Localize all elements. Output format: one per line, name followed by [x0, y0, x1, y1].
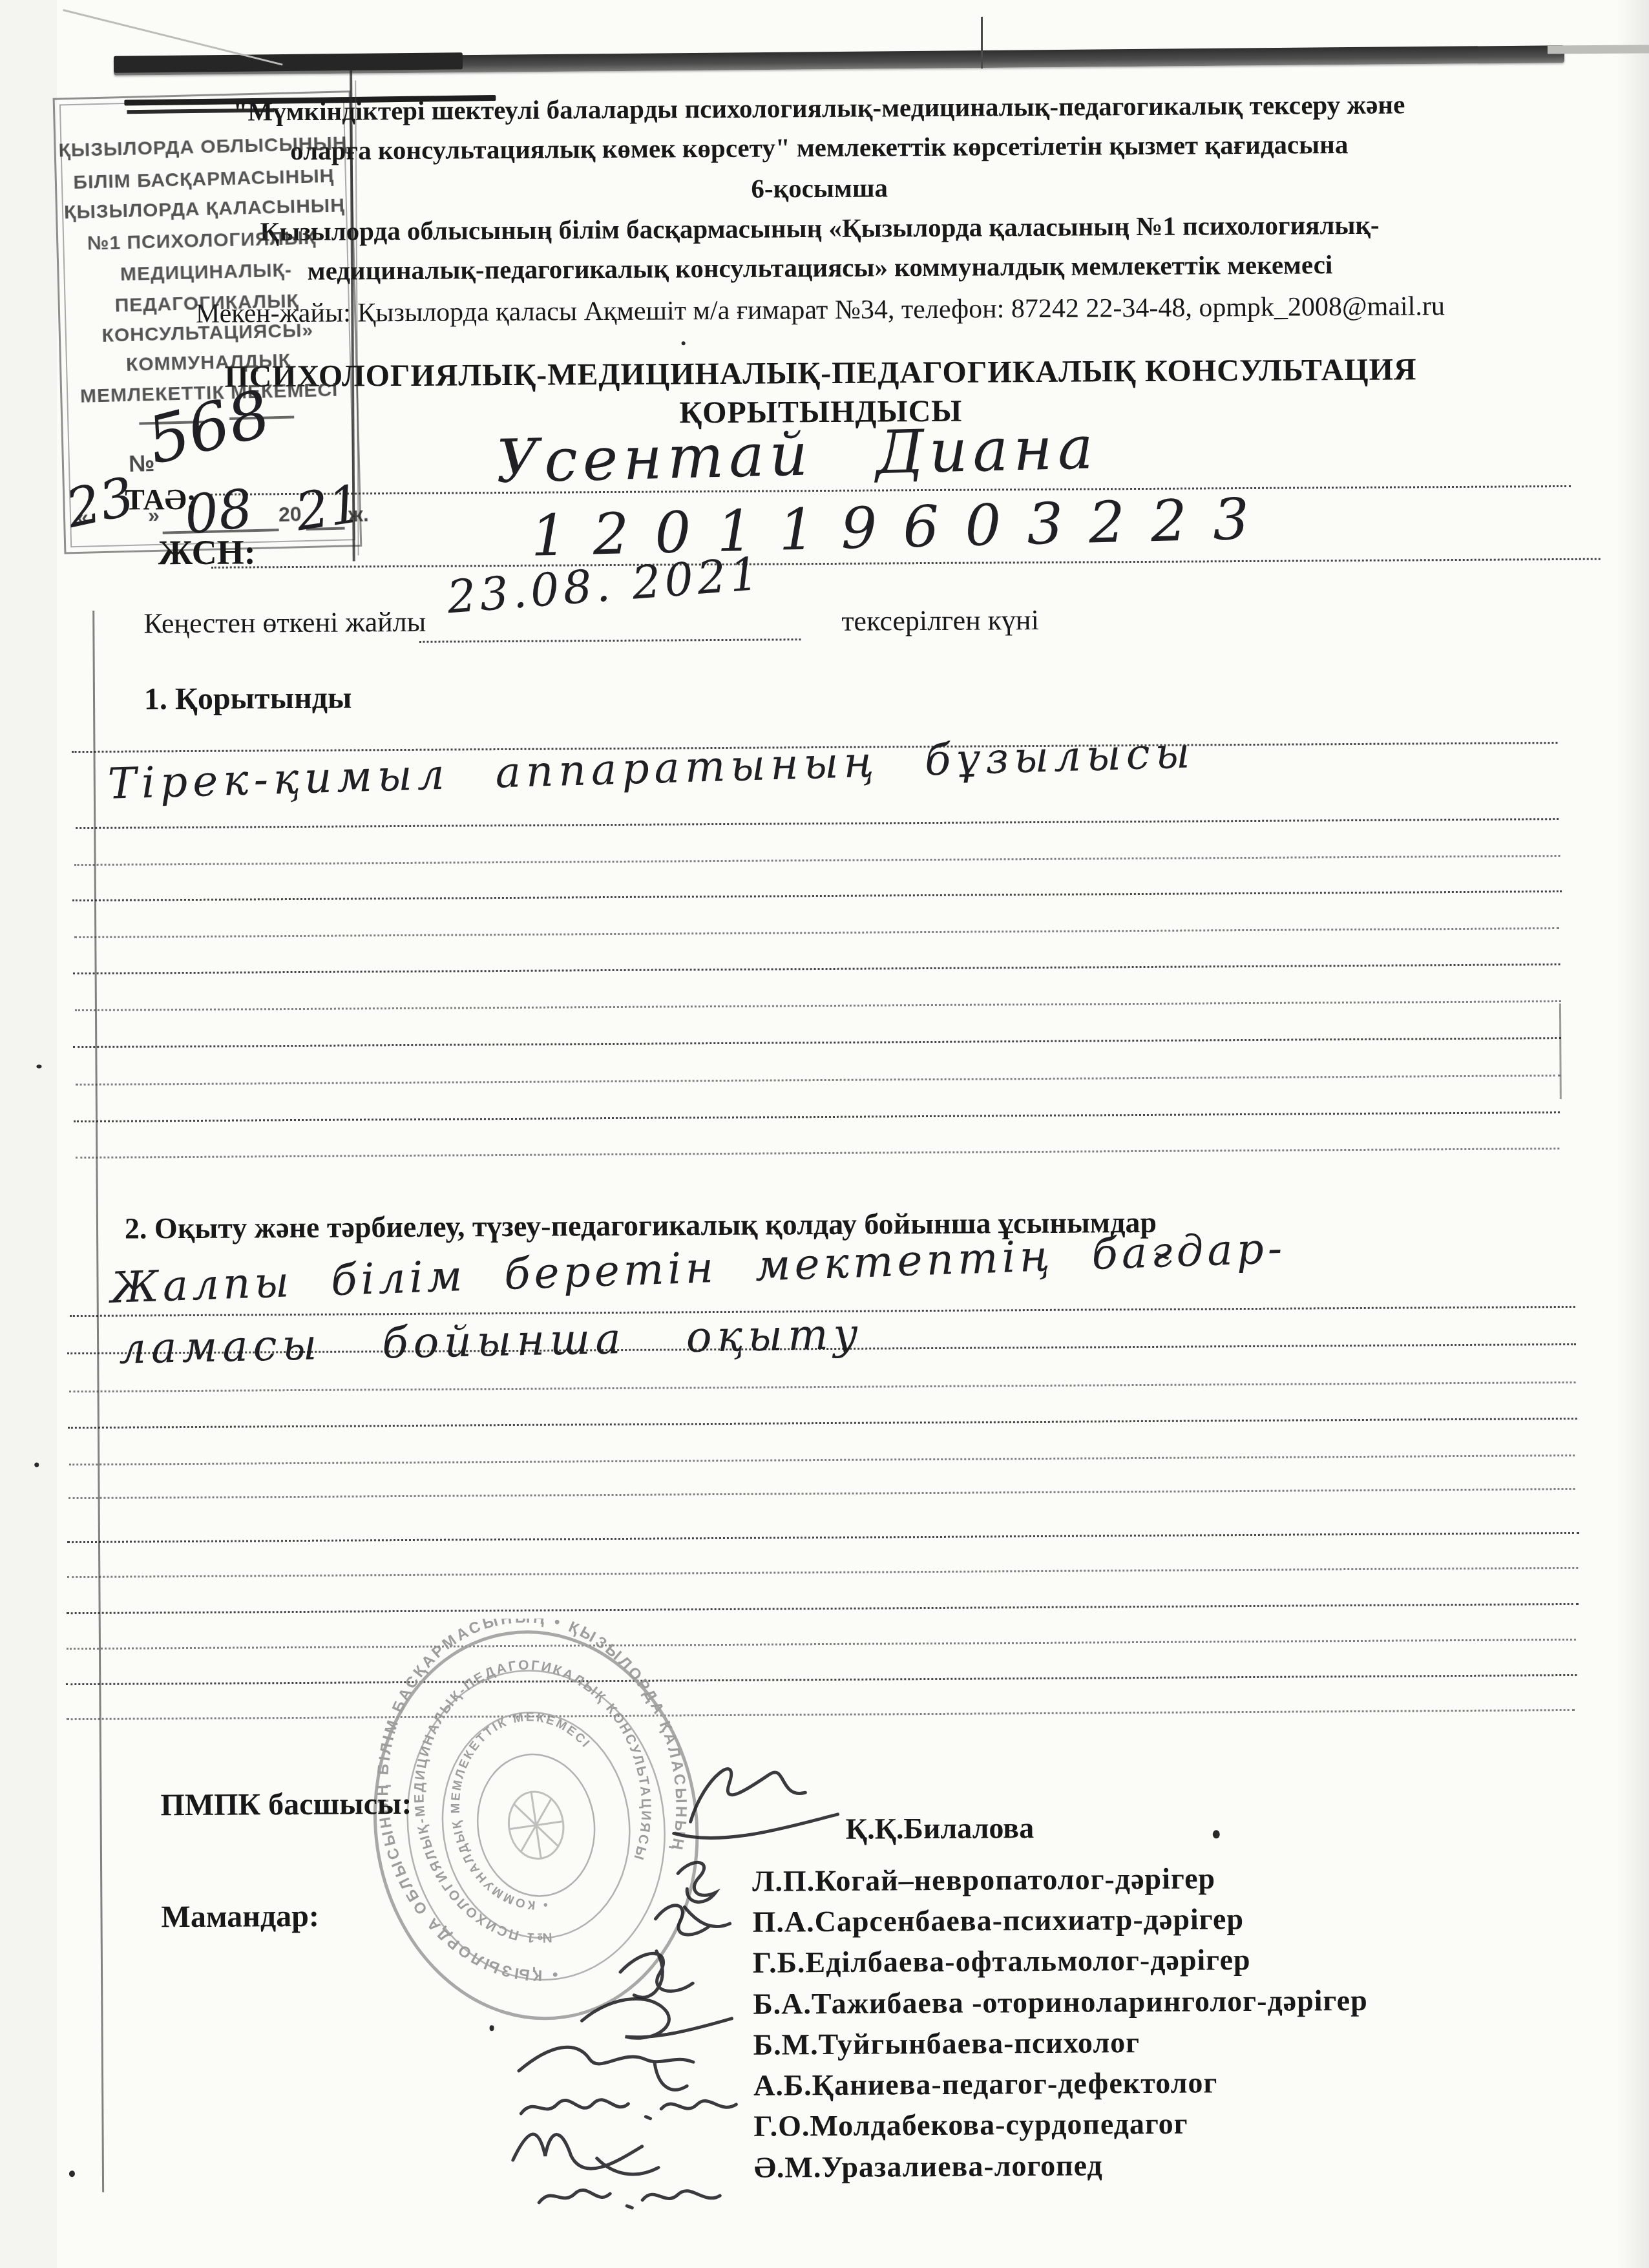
signature-stroke: [539, 2189, 720, 2209]
specialist-signatures: [458, 1842, 771, 2219]
stamp-line: ҚЫЗЫЛОРДА ҚАЛАСЫНЫҢ: [58, 194, 352, 224]
specialist-name: Б.М.Туйгынбаева-психолог: [753, 2025, 1140, 2062]
stamp-line: БІЛІМ БАСҚАРМАСЫНЫҢ: [57, 165, 352, 194]
ruled-line: [68, 1488, 1575, 1499]
ruled-line: [419, 638, 801, 643]
stamp-number-label: №: [128, 450, 154, 478]
specialist-name: А.Б.Қаниева-педагог-дефектолог: [753, 2065, 1217, 2102]
specialists-list: Л.П.Когай–невропатолог-дәрігер П.А.Сарсе…: [0, 0, 1643, 5]
stamp-line: МЕДИЦИНАЛЫҚ-: [59, 258, 353, 288]
consult-date-handwritten: 23.08. 2021: [445, 547, 764, 624]
ruled-line: [73, 1037, 1561, 1048]
ruled-line: [67, 1532, 1579, 1543]
signature-stroke: [521, 2099, 736, 2119]
ruled-line: [67, 1567, 1578, 1578]
head-name: Қ.Қ.Билалова: [846, 1811, 1035, 1846]
ink-speck: [682, 341, 686, 345]
ruled-line: [72, 890, 1562, 901]
ruled-line: [73, 963, 1560, 974]
specialist-name: Г.Б.Еділбаева-офтальмолог-дәрігер: [753, 1942, 1251, 1980]
specialist-name: Б.А.Тажибаева -оториноларинголог-дәрігер: [753, 1983, 1368, 2021]
ruled-line: [68, 1418, 1577, 1429]
section1-heading: 1. Қорытынды: [144, 680, 352, 717]
ruled-line: [74, 1111, 1560, 1122]
head-label: ПМПК басшысы:: [160, 1786, 412, 1823]
ink-speck: [36, 1064, 41, 1068]
specialist-name: П.А.Сарсенбаева-психиатр-дәрігер: [752, 1902, 1244, 1939]
stamp-line: №1 ПСИХОЛОГИЯЛЫҚ-: [58, 226, 353, 256]
ruled-line: [69, 1454, 1575, 1465]
stamp-line: КОММУНАЛДЫҚ: [61, 348, 356, 378]
ink-speck: [34, 1462, 39, 1467]
specialist-name: Г.О.Молдабекова-сурдопедагог: [753, 2106, 1188, 2143]
ruled-line: [76, 1075, 1560, 1086]
specialists-label: Мамандар:: [161, 1898, 319, 1935]
checked-date-label: тексерілген күні: [841, 604, 1039, 638]
ruled-line: [66, 1674, 1577, 1685]
ruled-line: [76, 818, 1559, 829]
header: "Мүмкіндіктері шектеулі балаларды психол…: [91, 0, 1545, 5]
stamp-line: КОНСУЛЬТАЦИЯСЫ»: [61, 319, 355, 348]
ruled-line: [74, 927, 1559, 938]
signature-stroke: [678, 1862, 715, 1902]
consult-date-label: Кеңестен өткені жайлы: [143, 605, 426, 640]
stamp-line: ПЕДАГОГИКАЛЫҚ: [59, 289, 354, 319]
ruled-line: [67, 1639, 1576, 1650]
scanned-document-page: "Мүмкіндіктері шектеулі балаларды психол…: [0, 0, 1649, 2268]
ruled-line: [67, 1709, 1575, 1720]
scan-left-edge-line: [92, 611, 104, 2192]
ruled-line: [76, 1148, 1559, 1159]
stamp-line: ҚЫЗЫЛОРДА ОБЛЫСЫНЫҢ: [56, 132, 350, 162]
ruled-line: [69, 1381, 1576, 1392]
ruled-line: [75, 1000, 1561, 1011]
section1-entry-handwritten: Тірек-қимыл аппаратының бұзылысы: [107, 728, 1196, 808]
fio-value-handwritten: Усентай Диана: [496, 413, 1099, 496]
signature-stroke: [513, 2134, 658, 2175]
specialist-name: Ә.М.Уразалиева-логопед: [754, 2148, 1103, 2184]
signature-stroke: [620, 1951, 693, 1997]
ruled-line: [74, 855, 1560, 866]
scan-right-tick: [1559, 1003, 1562, 1099]
section2-entry-line2-handwritten: ламасы бойынша оқыту: [118, 1309, 863, 1374]
fio-label: ТАӘ:: [125, 482, 196, 517]
ink-speck: [1213, 1830, 1220, 1838]
document-content: "Мүмкіндіктері шектеулі балаларды психол…: [0, 0, 1649, 2268]
specialist-name: Л.П.Когай–невропатолог-дәрігер: [752, 1861, 1215, 1898]
signature-stroke: [519, 2046, 693, 2091]
ink-speck: [69, 2170, 75, 2177]
stamp-date-year-handwritten: 21: [292, 474, 366, 543]
ruled-line: [67, 1603, 1579, 1614]
signature-stroke: [582, 1999, 731, 2039]
signature-stroke: [655, 1905, 730, 1935]
